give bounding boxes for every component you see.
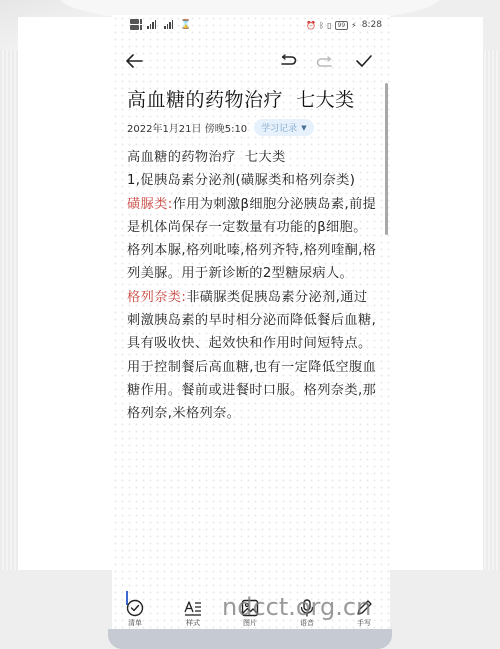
status-bar-left: ⌛	[130, 19, 191, 30]
note-meta: 2022年1月21日 傍晚5:10 学习记录 ▼	[127, 119, 314, 136]
status-bar-right: ⏰ ᛒ ▯ 99 ⚡ 8:28	[306, 20, 382, 30]
background-stripes	[482, 50, 500, 570]
alarm-icon: ⏰	[306, 21, 316, 30]
text-style-icon	[183, 599, 203, 617]
status-bar: ⌛ ⏰ ᛒ ▯ 99 ⚡ 8:28	[112, 15, 390, 39]
redo-icon	[316, 54, 334, 68]
back-button[interactable]	[122, 49, 146, 73]
paragraph: 1,促胰岛素分泌剂(磺脲类和格列奈类)	[127, 169, 377, 192]
folder-label: 学习记录	[261, 121, 297, 134]
note-date: 2022年1月21日 傍晚5:10	[127, 120, 247, 135]
hourglass-icon: ⌛	[180, 20, 191, 30]
undo-button[interactable]	[276, 49, 300, 73]
editor-toolbar	[112, 49, 390, 73]
folder-dropdown[interactable]: 学习记录 ▼	[254, 119, 313, 136]
undo-icon	[279, 54, 297, 68]
highlight-label: 格列奈类:	[127, 290, 186, 305]
highlight-label: 磺脲类:	[127, 197, 173, 212]
vibrate-icon: ▯	[327, 21, 331, 30]
checklist-button[interactable]: 清单	[115, 599, 155, 628]
battery-icon: 99	[335, 21, 349, 30]
redo-button[interactable]	[313, 49, 337, 73]
bluetooth-icon: ᛒ	[319, 21, 324, 30]
charging-icon: ⚡	[351, 21, 357, 30]
text-style-button[interactable]: 样式	[173, 599, 213, 628]
device-frame-bottom	[108, 629, 392, 649]
note-body[interactable]: 高血糖的药物治疗 七大类 1,促胰岛素分泌剂(磺脲类和格列奈类) 磺脲类:作用为…	[127, 146, 377, 426]
back-arrow-icon	[124, 53, 144, 69]
note-title[interactable]: 高血糖的药物治疗 七大类	[127, 85, 355, 112]
caret-down-icon: ▼	[301, 124, 306, 132]
confirm-button[interactable]	[352, 49, 376, 73]
watermark: ndcct.org.cn	[222, 593, 371, 621]
sim-icon	[130, 19, 139, 30]
phone-screen: ⌛ ⏰ ᛒ ▯ 99 ⚡ 8:28	[112, 15, 390, 629]
checkmark-icon	[355, 54, 373, 68]
status-time: 8:28	[362, 20, 382, 30]
paragraph: 磺脲类:作用为刺激β细胞分泌胰岛素,前提是机体尚保存一定数量有功能的β细胞。	[127, 193, 377, 240]
signal-icon	[164, 20, 173, 29]
checklist-icon	[126, 599, 144, 617]
paragraph: 格列奈类:非磺脲类促胰岛素分泌剂,通过刺激胰岛素的早时相分泌而降低餐后血糖,具有…	[127, 286, 377, 426]
background-stripes	[0, 50, 18, 570]
signal-icon	[147, 20, 156, 29]
paragraph: 格列本脲,格列吡嗪,格列齐特,格列喹酮,格列美脲。用于新诊断的2型糖尿病人。	[127, 239, 377, 286]
paragraph: 高血糖的药物治疗 七大类	[127, 146, 377, 169]
scrollbar[interactable]	[385, 83, 388, 235]
